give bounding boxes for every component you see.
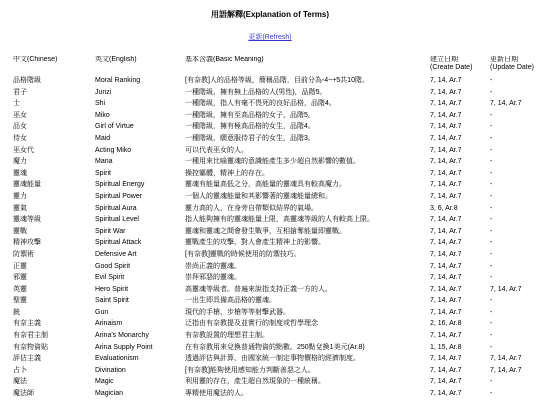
english-term: Evil Spirit (95, 272, 185, 284)
create-date: 7, 14, Ar.7 (430, 168, 490, 180)
chinese-term: 銃 (13, 307, 95, 319)
terms-table: 中文(Chinese) 英文(English) 基本含義(Basic Meani… (13, 56, 540, 400)
basic-meaning: [有奈教]能夠使用感知能力判斷善惡之人。 (185, 365, 430, 377)
update-date: - (490, 376, 540, 388)
table-row: 有奈主義 Arinaism 泛指由有奈教提及並實行的制度或哲學理念 2, 16,… (13, 318, 540, 330)
table-row: 品格階級 Moral Ranking [有奈教]人的品格等級，簡稱品階，目前分為… (13, 75, 540, 87)
create-date: 7, 14, Ar.7 (430, 249, 490, 261)
english-term: Saint Spirit (95, 295, 185, 307)
create-date: 2, 16, Ar.8 (430, 318, 490, 330)
chinese-term: 魔力 (13, 156, 95, 168)
chinese-term: 邪靈 (13, 272, 95, 284)
english-term: Hero Spirit (95, 284, 185, 296)
update-date: 7, 14, Ar.7 (490, 365, 540, 377)
table-row: 靈氣 Spiritual Aura 靈力高的人，在身旁自帶類似結界的氣場。 3,… (13, 203, 540, 215)
english-term: Spiritual Aura (95, 203, 185, 215)
english-term: Spiritual Energy (95, 179, 185, 191)
table-row: 士 Shi 一種階級，指人有毫不畏死的良好品格，品階4。 7, 14, Ar.7… (13, 98, 540, 110)
table-row: 巫女代 Acting Miko 可以代表巫女的人。 7, 14, Ar.7 - (13, 145, 540, 157)
table-row: 靈戰 Spirit War 靈魂和靈魂之間會發生戰爭，互相搶奪能量即靈戰。 7,… (13, 226, 540, 238)
chinese-term: 正靈 (13, 261, 95, 273)
create-date: 7, 14, Ar.7 (430, 179, 490, 191)
table-row: 品女 Girl of Virtue 一種階級，擁有極高品格的女生，品階4。 7,… (13, 121, 540, 133)
update-date: - (490, 214, 540, 226)
update-date: - (490, 318, 540, 330)
chinese-term: 靈氣 (13, 203, 95, 215)
basic-meaning: 有奈教設置的理想君主制。 (185, 330, 430, 342)
update-date: - (490, 191, 540, 203)
basic-meaning: 可以代表巫女的人。 (185, 145, 430, 157)
table-row: 魔法師 Magician 專精使用魔法的人。 7, 14, Ar.7 - (13, 388, 540, 400)
basic-meaning: 現代的手槍、步槍等等射擊武器。 (185, 307, 430, 319)
table-row: 防禦術 Defensive Art [有奈教]靈戰的時候使用的防禦技巧。 7, … (13, 249, 540, 261)
english-term: Spiritual Power (95, 191, 185, 203)
update-date: - (490, 261, 540, 273)
create-date: 7, 14, Ar.7 (430, 214, 490, 226)
english-term: Gun (95, 307, 185, 319)
table-row: 魔力 Mana 一種用來比喻靈魂的意識能產生多少超自然影響的數值。 7, 14,… (13, 156, 540, 168)
create-date: 7, 14, Ar.7 (430, 237, 490, 249)
chinese-term: 靈魂能量 (13, 179, 95, 191)
create-date: 7, 14, Ar.7 (430, 98, 490, 110)
update-date: - (490, 295, 540, 307)
table-row: 銃 Gun 現代的手槍、步槍等等射擊武器。 7, 14, Ar.7 - (13, 307, 540, 319)
table-row: 靈魂能量 Spiritual Energy 靈魂有能量高低之分，高能量的靈魂具有… (13, 179, 540, 191)
basic-meaning: [有奈教]人的品格等級，簡稱品階，目前分為-4~+5共10階。 (185, 75, 430, 87)
update-date: - (490, 330, 540, 342)
basic-meaning: 一種階級，擁有無上品格的人(男性)，品階5。 (185, 87, 430, 99)
english-term: Spirit (95, 168, 185, 180)
basic-meaning: 利用靈的存在，產生超自然現象的一種統稱。 (185, 376, 430, 388)
table-row: 正靈 Good Spirit 崇尚正義的靈魂。 7, 14, Ar.7 - (13, 261, 540, 273)
update-date: - (490, 226, 540, 238)
table-row: 有奈物資貼 Arina Supply Point 在有奈教用來兌換普通物資的點數… (13, 342, 540, 354)
create-date: 7, 14, Ar.7 (430, 145, 490, 157)
chinese-term: 有奈主義 (13, 318, 95, 330)
english-term: Arinaism (95, 318, 185, 330)
update-date: - (490, 133, 540, 145)
english-term: Defensive Art (95, 249, 185, 261)
english-term: Spiritual Attack (95, 237, 185, 249)
basic-meaning: 一種階級，擁有至高品格的女子，品階5。 (185, 110, 430, 122)
table-body: 品格階級 Moral Ranking [有奈教]人的品格等級，簡稱品階，目前分為… (13, 75, 540, 400)
english-term: Good Spirit (95, 261, 185, 273)
create-date: 1, 15, Ar.8 (430, 342, 490, 354)
english-term: Shi (95, 98, 185, 110)
basic-meaning: 崇尚正義的靈魂。 (185, 261, 430, 273)
chinese-term: 品女 (13, 121, 95, 133)
chinese-term: 侍女 (13, 133, 95, 145)
create-date: 3, 6, Ar.8 (430, 203, 490, 215)
table-row: 靈力 Spiritual Power 一個人的靈魂能量和其影響著的靈魂能量總和。… (13, 191, 540, 203)
col-header-create-date: 建立日期 (Create Date) (430, 56, 490, 75)
create-date: 7, 14, Ar.7 (430, 75, 490, 87)
basic-meaning: 一個人的靈魂能量和其影響著的靈魂能量總和。 (185, 191, 430, 203)
english-term: Spiritual Level (95, 214, 185, 226)
basic-meaning: 高靈魂等級者。普遍來說指支持正義一方的人。 (185, 284, 430, 296)
create-date: 7, 14, Ar.7 (430, 110, 490, 122)
update-date: - (490, 110, 540, 122)
create-date: 7, 14, Ar.7 (430, 133, 490, 145)
chinese-term: 靈戰 (13, 226, 95, 238)
update-date: - (490, 203, 540, 215)
basic-meaning: [有奈教]靈戰的時候使用的防禦技巧。 (185, 249, 430, 261)
col-header-english: 英文(English) (95, 56, 185, 75)
english-term: Mana (95, 156, 185, 168)
english-term: Girl of Virtue (95, 121, 185, 133)
chinese-term: 英靈 (13, 284, 95, 296)
basic-meaning: 一種階級，指人有毫不畏死的良好品格，品階4。 (185, 98, 430, 110)
table-row: 靈魂等級 Spiritual Level 指人能夠擁有的靈魂能量上限，高靈魂等級… (13, 214, 540, 226)
english-term: Divination (95, 365, 185, 377)
table-row: 靈魂 Spirit 操控軀體，精神上的存在。 7, 14, Ar.7 - (13, 168, 540, 180)
english-term: Spirit War (95, 226, 185, 238)
create-date: 7, 14, Ar.7 (430, 365, 490, 377)
create-date: 7, 14, Ar.7 (430, 226, 490, 238)
table-row: 魔法 Magic 利用靈的存在，產生超自然現象的一種統稱。 7, 14, Ar.… (13, 376, 540, 388)
table-row: 邪靈 Evil Spirit 崇拜邪惡的靈魂。 7, 14, Ar.7 - (13, 272, 540, 284)
update-date: - (490, 272, 540, 284)
basic-meaning: 指人能夠擁有的靈魂能量上限，高靈魂等級的人有較高上限。 (185, 214, 430, 226)
update-date: - (490, 156, 540, 168)
table-row: 有奈君主制 Arina's Monarchy 有奈教設置的理想君主制。 7, 1… (13, 330, 540, 342)
create-date: 7, 14, Ar.7 (430, 388, 490, 400)
basic-meaning: 在有奈教用來兌換普通物資的點數。250點兌換1美元(Ar.8) (185, 342, 430, 354)
create-date: 7, 14, Ar.7 (430, 191, 490, 203)
page-title: 用語解釋(Explanation of Terms) (0, 0, 540, 20)
chinese-term: 巫女 (13, 110, 95, 122)
table-row: 巫女 Miko 一種階級，擁有至高品格的女子，品階5。 7, 14, Ar.7 … (13, 110, 540, 122)
english-term: Evaluationism (95, 353, 185, 365)
basic-meaning: 透過評估與計算，由國家統一制定事物價格的經濟制度。 (185, 353, 430, 365)
refresh-row: 更新(Refresh) (0, 32, 540, 42)
create-date: 7, 14, Ar.7 (430, 121, 490, 133)
table-header-row: 中文(Chinese) 英文(English) 基本含義(Basic Meani… (13, 56, 540, 75)
update-date: - (490, 87, 540, 99)
basic-meaning: 靈戰產生的攻擊，對人會產生精神上的影響。 (185, 237, 430, 249)
update-date: - (490, 342, 540, 354)
update-date: - (490, 179, 540, 191)
chinese-term: 靈魂 (13, 168, 95, 180)
col-header-update-date: 更新日期 (Update Date) (490, 56, 540, 75)
chinese-term: 靈魂等級 (13, 214, 95, 226)
refresh-link[interactable]: 更新(Refresh) (248, 34, 291, 41)
chinese-term: 靈力 (13, 191, 95, 203)
chinese-term: 品格階級 (13, 75, 95, 87)
table-row: 侍女 Maid 一種階級，願意服侍君子的女生，品階3。 7, 14, Ar.7 … (13, 133, 540, 145)
basic-meaning: 操控軀體，精神上的存在。 (185, 168, 430, 180)
update-date: - (490, 168, 540, 180)
table-row: 精神攻擊 Spiritual Attack 靈戰產生的攻擊，對人會產生精神上的影… (13, 237, 540, 249)
english-term: Junzi (95, 87, 185, 99)
english-term: Magic (95, 376, 185, 388)
english-term: Miko (95, 110, 185, 122)
create-date: 7, 14, Ar.7 (430, 261, 490, 273)
english-term: Moral Ranking (95, 75, 185, 87)
basic-meaning: 一種階級，願意服侍君子的女生，品階3。 (185, 133, 430, 145)
chinese-term: 精神攻擊 (13, 237, 95, 249)
table-row: 評估主義 Evaluationism 透過評估與計算，由國家統一制定事物價格的經… (13, 353, 540, 365)
chinese-term: 魔法 (13, 376, 95, 388)
update-date: - (490, 237, 540, 249)
chinese-term: 有奈物資貼 (13, 342, 95, 354)
terms-page: 用語解釋(Explanation of Terms) 更新(Refresh) 中… (0, 0, 540, 405)
create-date: 7, 14, Ar.7 (430, 353, 490, 365)
chinese-term: 士 (13, 98, 95, 110)
basic-meaning: 專精使用魔法的人。 (185, 388, 430, 400)
english-term: Acting Miko (95, 145, 185, 157)
update-date: 7, 14, Ar.7 (490, 353, 540, 365)
col-header-chinese: 中文(Chinese) (13, 56, 95, 75)
update-date: - (490, 249, 540, 261)
update-date: - (490, 121, 540, 133)
create-date: 7, 14, Ar.7 (430, 330, 490, 342)
table-row: 君子 Junzi 一種階級，擁有無上品格的人(男性)，品階5。 7, 14, A… (13, 87, 540, 99)
chinese-term: 聖靈 (13, 295, 95, 307)
update-date: - (490, 388, 540, 400)
col-header-basic-meaning: 基本含義(Basic Meaning) (185, 56, 430, 75)
create-date: 7, 14, Ar.7 (430, 295, 490, 307)
create-date: 7, 14, Ar.7 (430, 272, 490, 284)
basic-meaning: 崇拜邪惡的靈魂。 (185, 272, 430, 284)
chinese-term: 君子 (13, 87, 95, 99)
create-date: 7, 14, Ar.7 (430, 156, 490, 168)
basic-meaning: 靈魂有能量高低之分，高能量的靈魂具有較高魔力。 (185, 179, 430, 191)
table-row: 聖靈 Saint Spirit 一出生即具備高品格的靈魂。 7, 14, Ar.… (13, 295, 540, 307)
table-row: 占卜 Divination [有奈教]能夠使用感知能力判斷善惡之人。 7, 14… (13, 365, 540, 377)
create-date: 7, 14, Ar.7 (430, 87, 490, 99)
create-date: 7, 14, Ar.7 (430, 376, 490, 388)
update-date: - (490, 307, 540, 319)
chinese-term: 魔法師 (13, 388, 95, 400)
basic-meaning: 靈力高的人，在身旁自帶類似結界的氣場。 (185, 203, 430, 215)
basic-meaning: 一出生即具備高品格的靈魂。 (185, 295, 430, 307)
table-row: 英靈 Hero Spirit 高靈魂等級者。普遍來說指支持正義一方的人。 7, … (13, 284, 540, 296)
english-term: Magician (95, 388, 185, 400)
create-date: 7, 14, Ar.7 (430, 307, 490, 319)
basic-meaning: 一種階級，擁有極高品格的女生，品階4。 (185, 121, 430, 133)
english-term: Arina Supply Point (95, 342, 185, 354)
english-term: Maid (95, 133, 185, 145)
chinese-term: 評估主義 (13, 353, 95, 365)
basic-meaning: 泛指由有奈教提及並實行的制度或哲學理念 (185, 318, 430, 330)
chinese-term: 防禦術 (13, 249, 95, 261)
english-term: Arina's Monarchy (95, 330, 185, 342)
chinese-term: 占卜 (13, 365, 95, 377)
chinese-term: 有奈君主制 (13, 330, 95, 342)
update-date: 7, 14, Ar.7 (490, 284, 540, 296)
chinese-term: 巫女代 (13, 145, 95, 157)
update-date: - (490, 75, 540, 87)
basic-meaning: 靈魂和靈魂之間會發生戰爭，互相搶奪能量即靈戰。 (185, 226, 430, 238)
update-date: - (490, 145, 540, 157)
update-date: 7, 14, Ar.7 (490, 98, 540, 110)
create-date: 7, 14, Ar.7 (430, 284, 490, 296)
basic-meaning: 一種用來比喻靈魂的意識能產生多少超自然影響的數值。 (185, 156, 430, 168)
